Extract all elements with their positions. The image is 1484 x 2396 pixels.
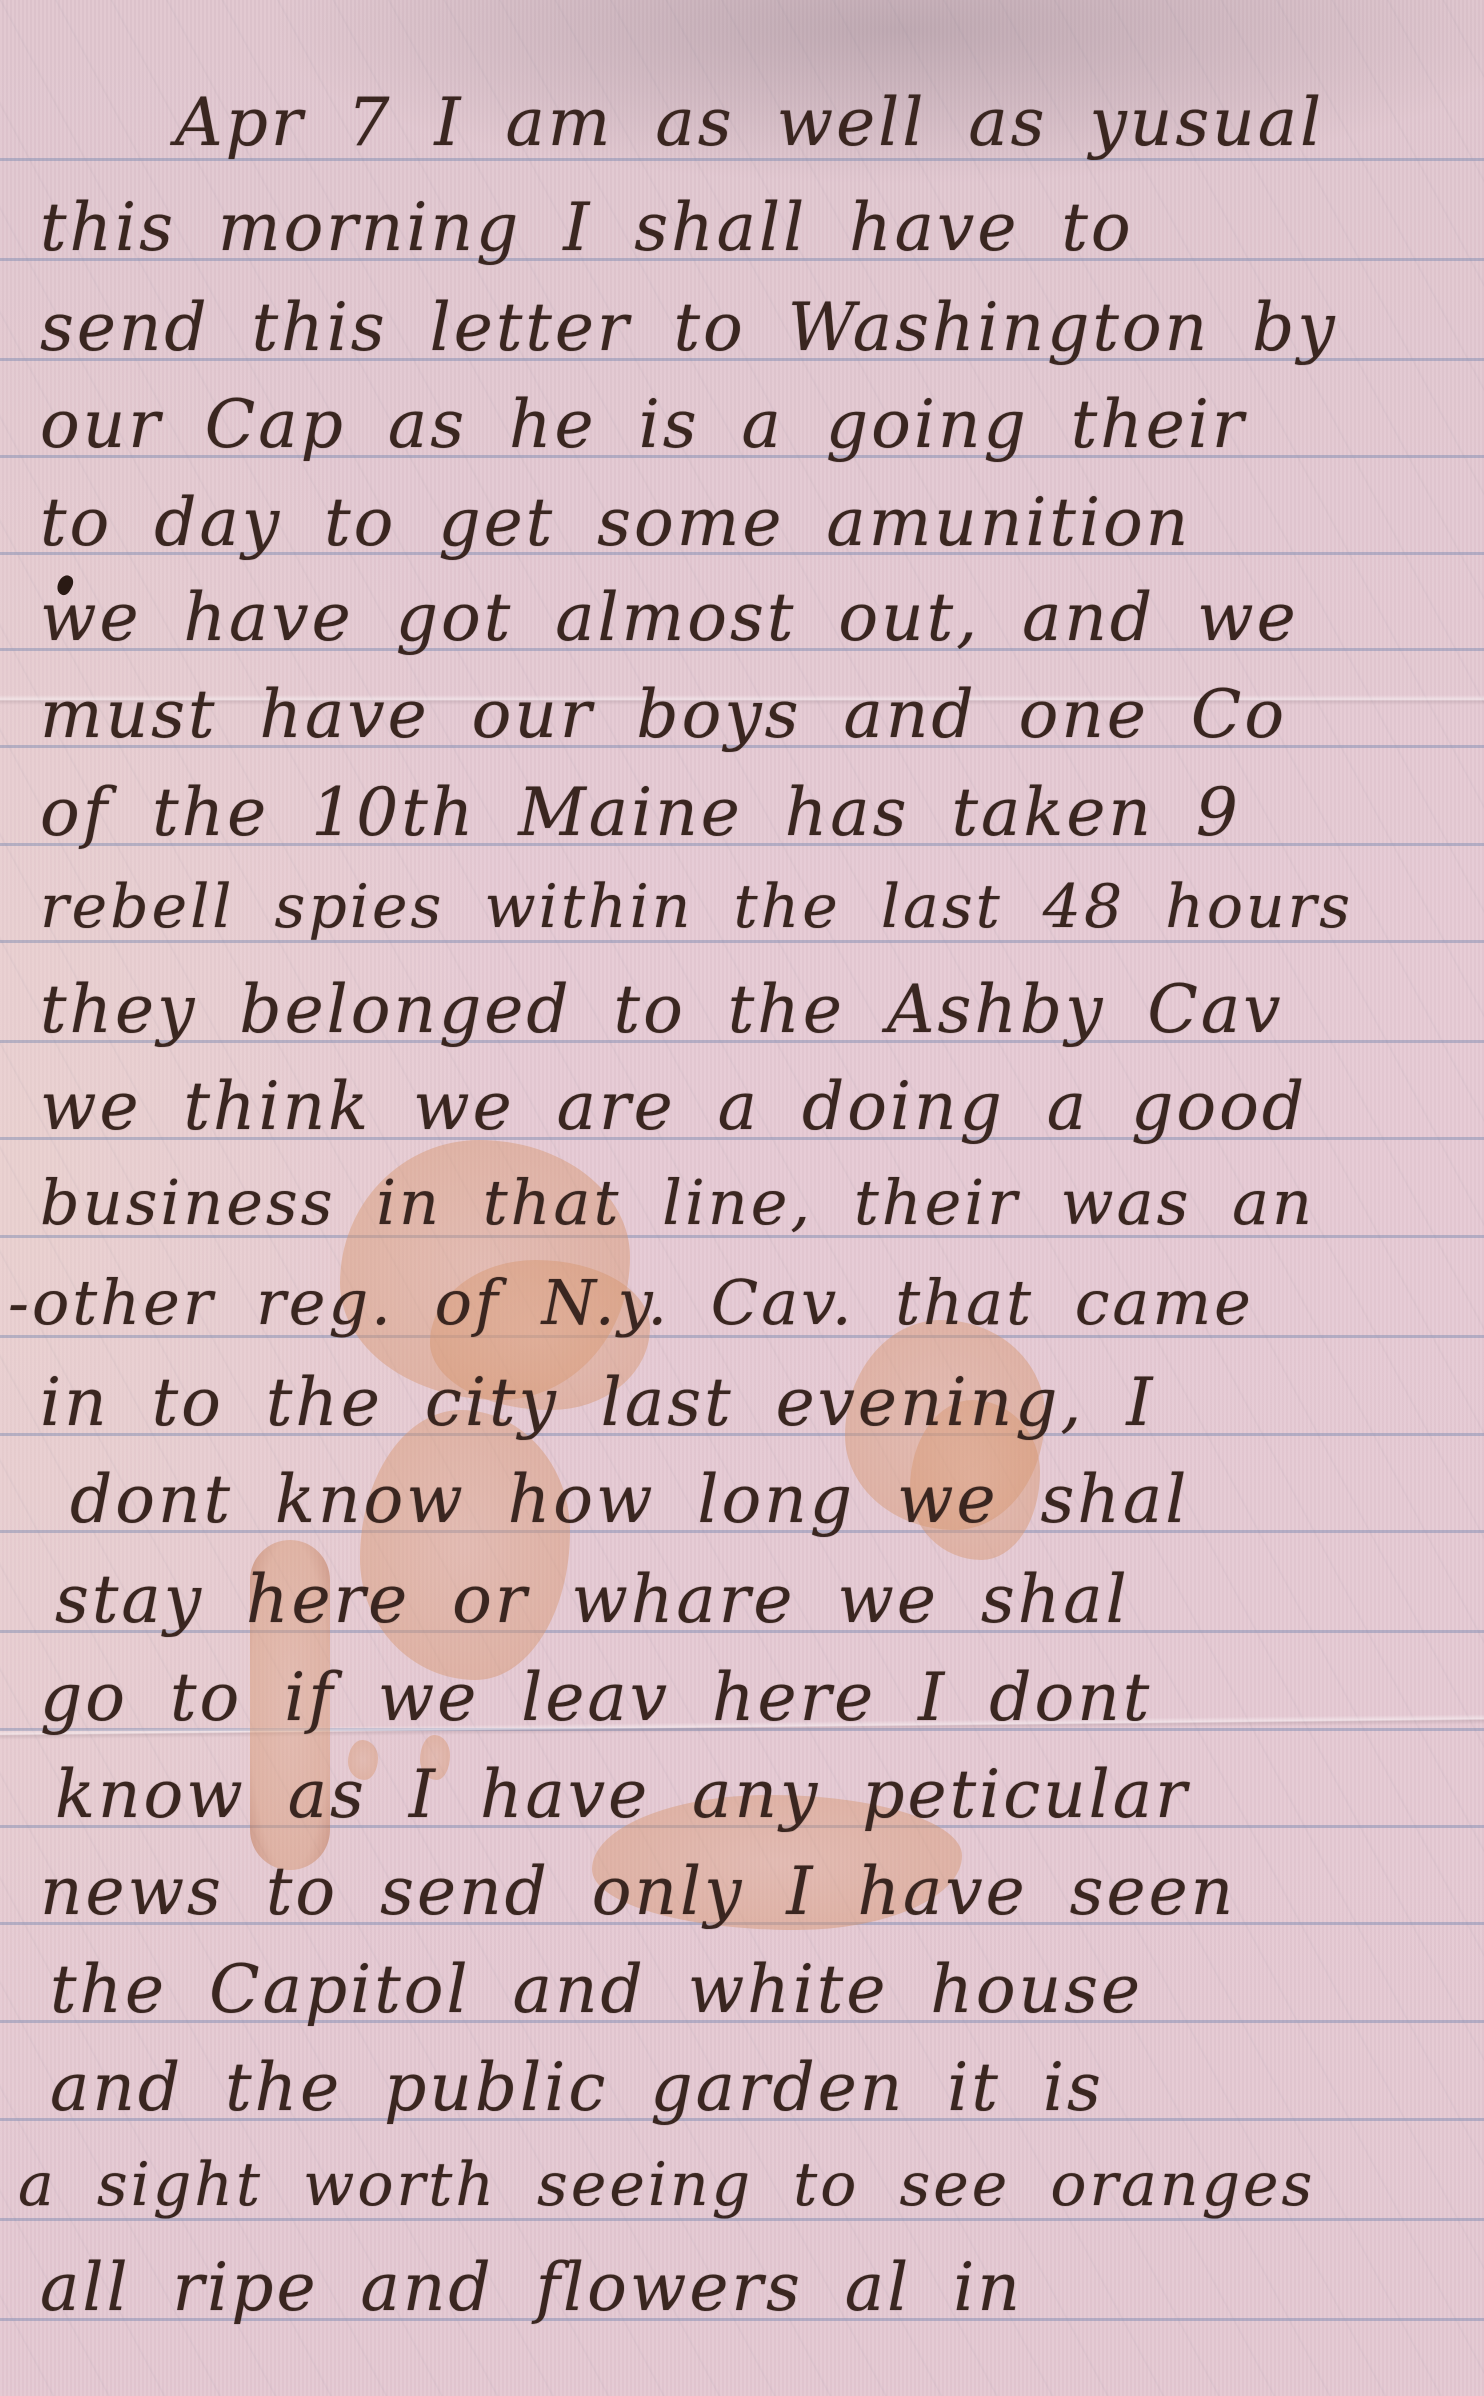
letter-line: they belonged to the Ashby Cav (40, 977, 1460, 1043)
letter-line: send this letter to Washington by (40, 295, 1460, 361)
letter-line: of the 10th Maine has taken 9 (40, 780, 1460, 846)
letter-line: to day to get some amunition (40, 490, 1460, 556)
letter-line: stay here or whare we shal (55, 1567, 1475, 1633)
letter-line: and the public garden it is (50, 2055, 1470, 2121)
water-stain (360, 1410, 570, 1680)
letter-line: rebell spies within the last 48 hours (40, 877, 1460, 937)
letter-line: the Capitol and white house (50, 1957, 1470, 2023)
letter-line: in to the city last evening, I (40, 1370, 1460, 1436)
letter-line: our Cap as he is a going their (40, 392, 1460, 458)
letter-line: this morning I shall have to (40, 195, 1460, 261)
letter-line: we have got almost out, and we (40, 585, 1460, 651)
letter-line: a sight worth seeing to see oranges (18, 2155, 1438, 2215)
letter-line: Apr 7 I am as well as yusual (175, 90, 1484, 156)
letter-line: go to if we leav here I dont (40, 1665, 1460, 1731)
letter-line: -other reg. of N.y. Cav. that came (8, 1272, 1428, 1334)
letter-line: business in that line, their was an (40, 1172, 1460, 1234)
letter-page: Apr 7 I am as well as yusual this mornin… (0, 0, 1484, 2396)
letter-line: know as I have any peticular (55, 1762, 1475, 1828)
letter-line: news to send only I have seen (40, 1859, 1460, 1925)
letter-line: we think we are a doing a good (40, 1074, 1460, 1140)
letter-line: must have our boys and one Co (40, 682, 1460, 748)
letter-line: all ripe and flowers al in (40, 2255, 1460, 2321)
letter-line: dont know how long we shal (70, 1467, 1484, 1533)
